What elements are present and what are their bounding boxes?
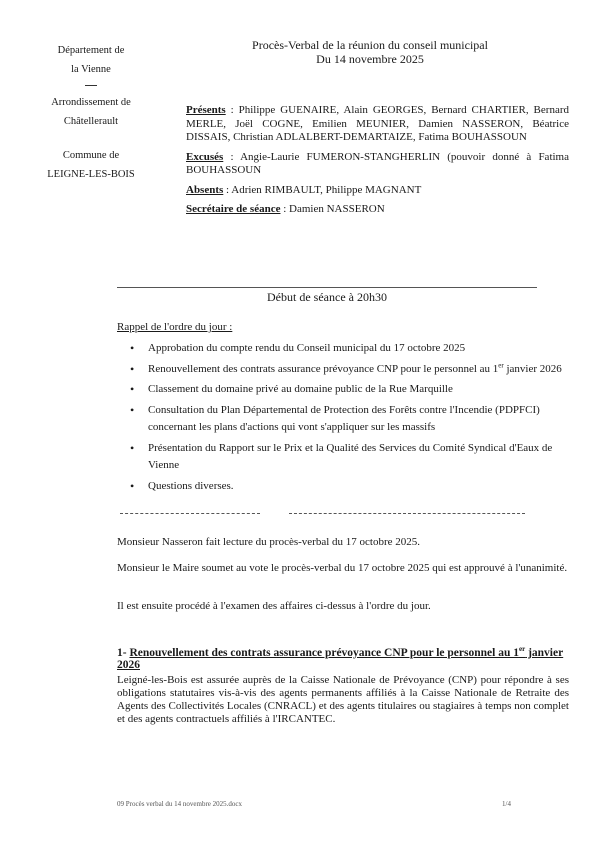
minutes-paragraph-3: Il est ensuite procédé à l'examen des af… (117, 600, 569, 613)
section-number: 1- (117, 647, 129, 659)
document-title: Procès-Verbal de la réunion du conseil m… (190, 39, 550, 66)
footer-page-number: 1/4 (502, 800, 511, 808)
present-names: : Philippe GUENAIRE, Alain GEORGES, Bern… (186, 104, 569, 143)
agenda-item: Classement du domaine privé au domaine p… (130, 381, 570, 399)
dashed-separator-right (289, 513, 525, 514)
agenda-item: Consultation du Plan Départemental de Pr… (130, 402, 570, 437)
section-title: Renouvellement des contrats assurance pr… (117, 647, 563, 671)
arrondissement-label: Arrondissement de (30, 96, 152, 110)
minutes-paragraph-2: Monsieur le Maire soumet au vote le proc… (117, 562, 569, 575)
excused-label: Excusés (186, 151, 223, 163)
footer-filename: 09 Procès verbal du 14 novembre 2025.doc… (117, 800, 242, 808)
session-start: Début de séance à 20h30 (117, 290, 537, 305)
commune-name: LEIGNE-LES-BOIS (30, 168, 152, 182)
absent-names: : Adrien RIMBAULT, Philippe MAGNANT (223, 184, 421, 196)
secretary-name: : Damien NASSERON (280, 203, 384, 215)
secretary-line: Secrétaire de séance : Damien NASSERON (186, 203, 569, 217)
agenda-item: Renouvellement des contrats assurance pr… (130, 361, 570, 379)
title-line-1: Procès-Verbal de la réunion du conseil m… (190, 39, 550, 53)
separator (85, 85, 97, 86)
excused-list: Excusés : Angie-Laurie FUMERON-STANGHERL… (186, 151, 569, 178)
secretary-label: Secrétaire de séance (186, 203, 280, 215)
minutes-paragraph-1: Monsieur Nasseron fait lecture du procès… (117, 536, 569, 549)
title-line-2: Du 14 novembre 2025 (190, 53, 550, 67)
dashed-separator-left (120, 513, 260, 514)
section-1-body: Leigné-les-Bois est assurée auprès de la… (117, 674, 569, 726)
arrondissement-name: Châtellerault (30, 115, 152, 129)
agenda-list: Approbation du compte rendu du Conseil m… (130, 340, 570, 498)
present-label: Présents (186, 104, 226, 116)
agenda-item: Approbation du compte rendu du Conseil m… (130, 340, 570, 358)
agenda-heading: Rappel de l'ordre du jour : (117, 321, 232, 333)
attendance-block: Présents : Philippe GUENAIRE, Alain GEOR… (186, 104, 569, 223)
agenda-item: Questions diverses. (130, 478, 570, 496)
present-list: Présents : Philippe GUENAIRE, Alain GEOR… (186, 104, 569, 145)
section-1-heading: 1- Renouvellement des contrats assurance… (117, 647, 577, 671)
department-label: Département de (30, 44, 152, 58)
commune-label: Commune de (30, 149, 152, 163)
absent-label: Absents (186, 184, 223, 196)
agenda-item: Présentation du Rapport sur le Prix et l… (130, 440, 570, 475)
horizontal-rule (117, 287, 537, 288)
header-left-block: Département de la Vienne Arrondissement … (30, 44, 152, 182)
department-name: la Vienne (30, 63, 152, 77)
excused-names: : Angie-Laurie FUMERON-STANGHERLIN (pouv… (186, 151, 569, 177)
absent-list: Absents : Adrien RIMBAULT, Philippe MAGN… (186, 184, 569, 198)
